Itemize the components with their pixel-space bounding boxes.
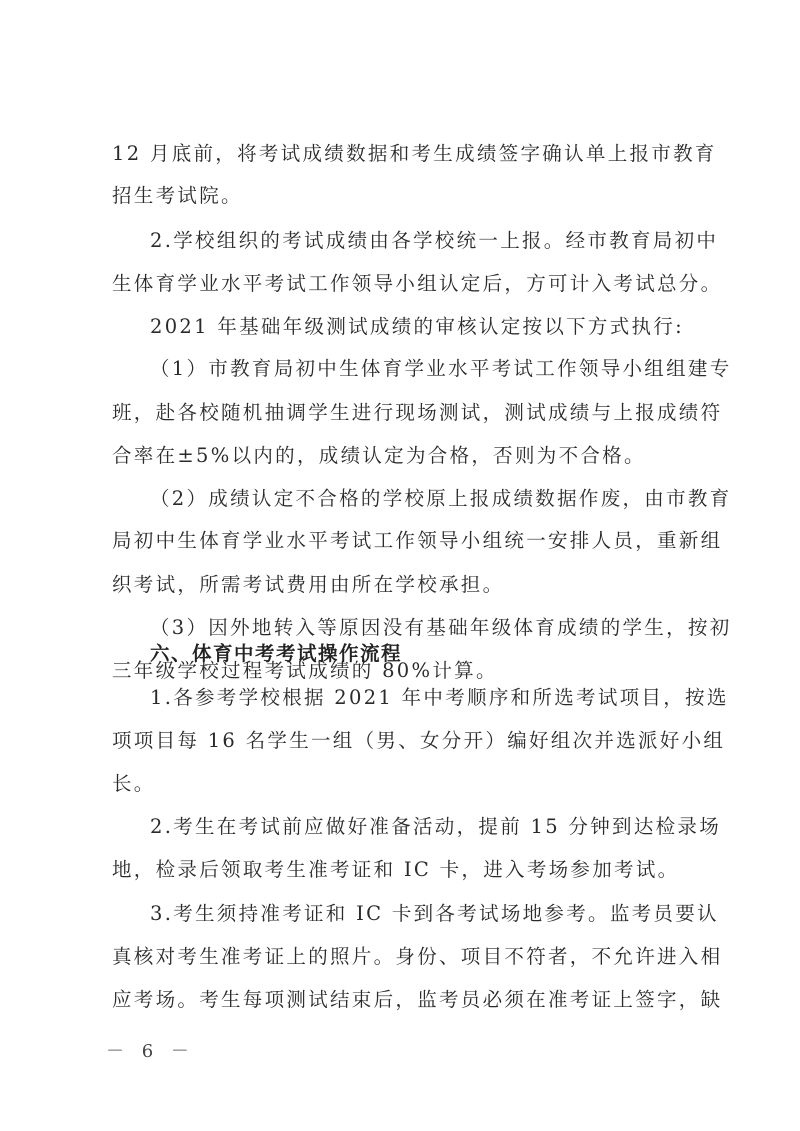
body-text-line: 班，赴各校随机抽调学生进行现场测试，测试成绩与上报成绩符 xyxy=(112,400,696,426)
paragraph-item-2b: 2.考生在考试前应做好准备活动，提前 15 分钟到达检录场 xyxy=(150,814,696,840)
body-text-line: 局初中生体育学业水平考试工作领导小组统一安排人员，重新组 xyxy=(112,528,696,554)
body-text-line: 长。 xyxy=(112,771,696,797)
body-text-line: 招生考试院。 xyxy=(112,183,696,209)
paragraph-item-2: 2.学校组织的考试成绩由各学校统一上报。经市教育局初中 xyxy=(150,228,696,254)
sub-item-3: （3）因外地转入等原因没有基础年级体育成绩的学生，按初 xyxy=(150,615,696,641)
body-text-line: 织考试，所需考试费用由所在学校承担。 xyxy=(112,572,696,598)
page-number: － 6 － xyxy=(106,1037,195,1063)
paragraph-item-3: 3.考生须持准考证和 IC 卡到各考试场地参考。监考员要认 xyxy=(150,901,696,927)
section-heading: 六、体育中考考试操作流程 xyxy=(150,641,696,667)
body-text-line: 真核对考生准考证上的照片。身份、项目不符者，不允许进入相 xyxy=(112,944,696,970)
body-text-line: 12 月底前，将考试成绩数据和考生成绩签字确认单上报市教育 xyxy=(112,141,696,167)
body-text-line: 应考场。考生每项测试结束后，监考员必须在准考证上签字，缺 xyxy=(112,987,696,1013)
document-page: 12 月底前，将考试成绩数据和考生成绩签字确认单上报市教育 招生考试院。 2.学… xyxy=(0,0,800,1131)
body-text-line: 生体育学业水平考试工作领导小组认定后，方可计入考试总分。 xyxy=(112,271,696,297)
body-text-line: 地，检录后领取考生准考证和 IC 卡，进入考场参加考试。 xyxy=(112,857,696,883)
body-text-line: 项项目每 16 名学生一组（男、女分开）编好组次并选派好小组 xyxy=(112,728,696,754)
paragraph-item-1: 1.各参考学校根据 2021 年中考顺序和所选考试项目，按选 xyxy=(150,685,696,711)
sub-item-1: （1）市教育局初中生体育学业水平考试工作领导小组组建专 xyxy=(150,356,696,382)
body-text-line: 合率在±5%以内的，成绩认定为合格，否则为不合格。 xyxy=(112,443,696,469)
sub-item-2: （2）成绩认定不合格的学校原上报成绩数据作废，由市教育 xyxy=(150,486,696,512)
paragraph-intro: 2021 年基础年级测试成绩的审核认定按以下方式执行: xyxy=(150,314,696,340)
